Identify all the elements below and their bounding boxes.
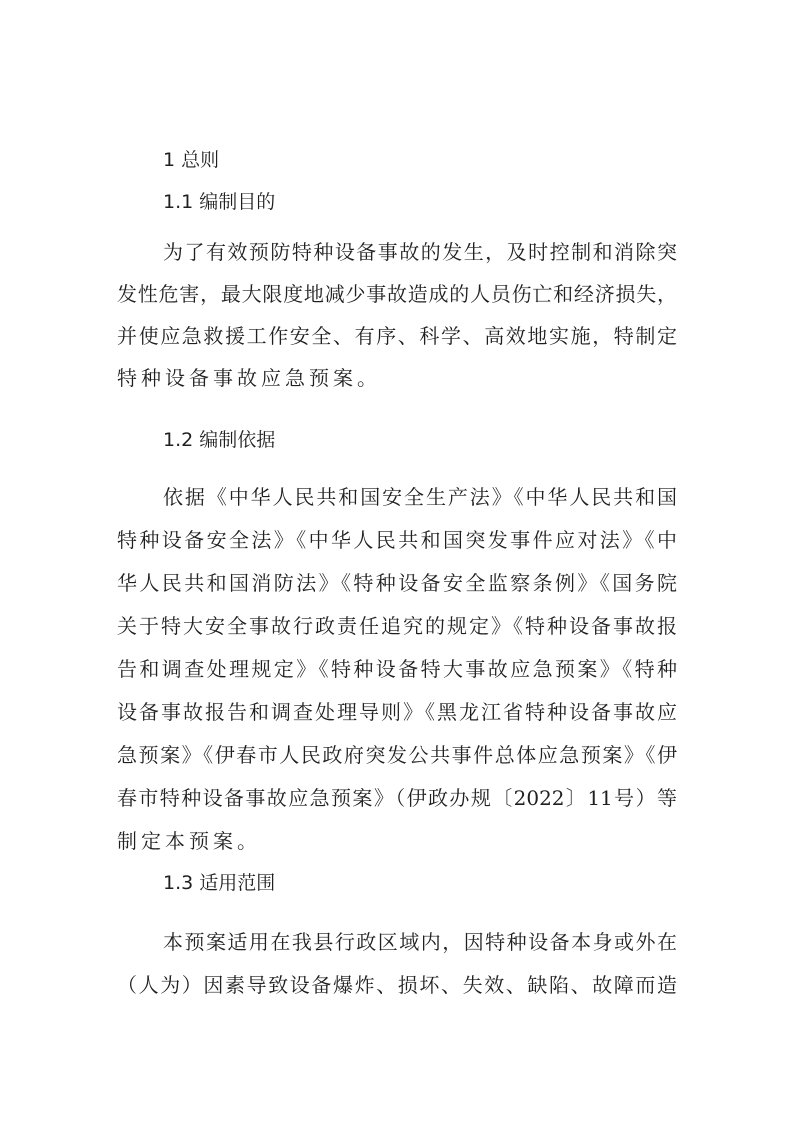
paragraph-line: 为了有效预防特种设备事故的发生，及时控制和消除突: [163, 239, 677, 265]
section-heading-purpose: 1.1 编制目的: [163, 190, 275, 214]
paragraph-line: 依据《中华人民共和国安全生产法》《中华人民共和国: [163, 484, 677, 510]
paragraph-line: 制定本预案。: [117, 828, 677, 854]
paragraph-line: 华人民共和国消防法》《特种设备安全监察条例》《国务院: [117, 570, 677, 596]
paragraph-line: 告和调查处理规定》《特种设备特大事故应急预案》《特种: [117, 656, 677, 682]
paragraph-line: （人为）因素导致设备爆炸、损坏、失效、缺陷、故障而造: [117, 972, 677, 998]
paragraph-line: 设备事故报告和调查处理导则》《黑龙江省特种设备事故应: [117, 699, 677, 725]
paragraph-line: 春市特种设备事故应急预案》（伊政办规〔2022〕11号）等: [117, 785, 677, 811]
section-heading-basis: 1.2 编制依据: [163, 428, 275, 452]
paragraph-line: 关于特大安全事故行政责任追究的规定》《特种设备事故报: [117, 613, 677, 639]
paragraph-line: 特种设备事故应急预案。: [117, 365, 677, 391]
section-heading-general: 1 总则: [163, 148, 219, 172]
document-page: 1 总则 1.1 编制目的 为了有效预防特种设备事故的发生，及时控制和消除突 发…: [0, 0, 793, 1122]
paragraph-line: 特种设备安全法》《中华人民共和国突发事件应对法》《中: [117, 527, 677, 553]
section-heading-scope: 1.3 适用范围: [163, 871, 275, 895]
paragraph-line: 急预案》《伊春市人民政府突发公共事件总体应急预案》《伊: [117, 742, 677, 768]
paragraph-line: 并使应急救援工作安全、有序、科学、高效地实施，特制定: [117, 323, 677, 349]
paragraph-line: 本预案适用在我县行政区域内，因特种设备本身或外在: [163, 929, 677, 955]
paragraph-line: 发性危害，最大限度地减少事故造成的人员伤亡和经济损失，: [117, 281, 677, 307]
